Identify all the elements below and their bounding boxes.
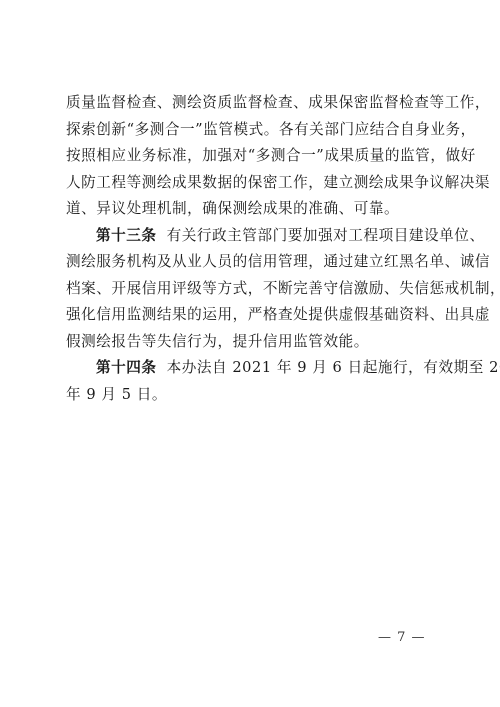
- text-line: 人防工程等测绘成果数据的保密工作，建立测绘成果争议解决渠: [66, 170, 438, 197]
- document-page: 质量监督检查、测绘资质监督检查、成果保密监督检查等工作， 探索创新“多测合一”监…: [0, 0, 500, 707]
- text-run: 本办法自 2021 年 9 月 6 日起施行，有效期至 2024: [167, 359, 500, 376]
- text-line: 年 9 月 5 日。: [66, 382, 438, 409]
- text-line: 测绘服务机构及从业人员的信用管理，通过建立红黑名单、诚信: [66, 249, 438, 276]
- text-line: 道、异议处理机制，确保测绘成果的准确、可靠。: [66, 196, 438, 223]
- text-line: 探索创新“多测合一”监管模式。各有关部门应结合自身业务，: [66, 117, 438, 144]
- text-line-first: 第十三条有关行政主管部门要加强对工程项目建设单位、: [66, 223, 438, 250]
- document-body: 质量监督检查、测绘资质监督检查、成果保密监督检查等工作， 探索创新“多测合一”监…: [66, 90, 438, 408]
- article-heading: 第十三条: [96, 227, 157, 244]
- article-13: 第十三条有关行政主管部门要加强对工程项目建设单位、 测绘服务机构及从业人员的信用…: [66, 223, 438, 356]
- article-14: 第十四条本办法自 2021 年 9 月 6 日起施行，有效期至 2024 年 9…: [66, 355, 438, 408]
- paragraph-continuation: 质量监督检查、测绘资质监督检查、成果保密监督检查等工作， 探索创新“多测合一”监…: [66, 90, 438, 223]
- text-line: 档案、开展信用评级等方式，不断完善守信激励、失信惩戒机制，: [66, 276, 438, 303]
- text-line: 按照相应业务标准，加强对“多测合一”成果质量的监管，做好: [66, 143, 438, 170]
- page-number: — 7 —: [378, 630, 426, 645]
- article-heading: 第十四条: [96, 359, 157, 376]
- text-run: 有关行政主管部门要加强对工程项目建设单位、: [167, 227, 485, 244]
- text-line: 假测绘报告等失信行为，提升信用监管效能。: [66, 329, 438, 356]
- text-line-first: 第十四条本办法自 2021 年 9 月 6 日起施行，有效期至 2024: [66, 355, 438, 382]
- text-line: 强化信用监测结果的运用，严格查处提供虚假基础资料、出具虚: [66, 302, 438, 329]
- text-line: 质量监督检查、测绘资质监督检查、成果保密监督检查等工作，: [66, 90, 438, 117]
